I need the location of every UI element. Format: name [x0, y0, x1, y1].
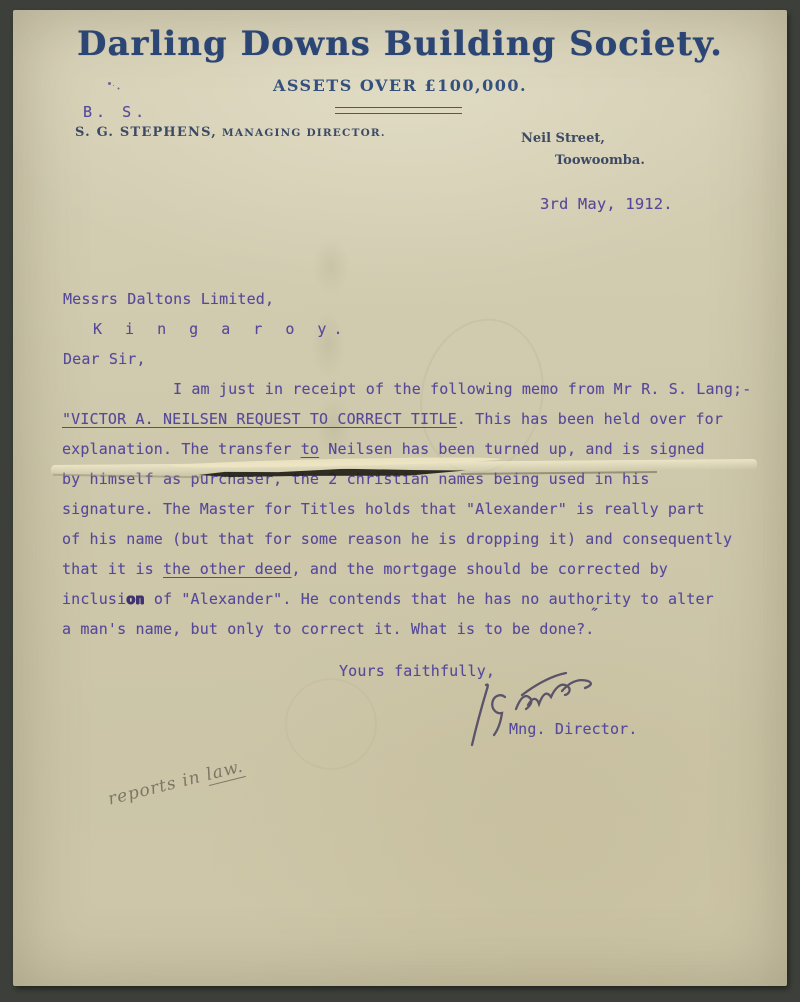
address-street: Neil Street, — [521, 131, 605, 146]
pencil-annotation-text: reports in — [106, 766, 209, 810]
recipient-place: K i n g a r o y. — [93, 320, 350, 338]
letter-body-line: a man's name, but only to correct it. Wh… — [62, 614, 762, 644]
scanned-letter-screenshot: { "colors": { "frame": "#3d403a", "paper… — [0, 0, 800, 1002]
assets-line: ASSETS OVER £100,000. — [13, 76, 787, 95]
recipient-name: Messrs Daltons Limited, — [63, 290, 274, 308]
letter-date: 3rd May, 1912. — [540, 195, 673, 213]
managing-director-line: S. G. STEPHENS, Managing Director. — [75, 121, 386, 140]
society-name-heading: Darling Downs Building Society. — [13, 24, 787, 64]
letter-intro-line: I am just in receipt of the following me… — [173, 380, 751, 398]
double-rule-divider — [335, 107, 462, 114]
pencil-annotation: reports in law. — [106, 734, 334, 809]
manager-title: Managing Director. — [222, 127, 386, 139]
letter-body-line: of his name (but that for some reason he… — [62, 524, 762, 554]
address-town: Toowoomba. — [555, 153, 645, 168]
letter-body-line: signature. The Master for Titles holds t… — [62, 494, 762, 524]
manager-name: S. G. STEPHENS, — [75, 125, 217, 140]
letter-body: "VICTOR A. NEILSEN REQUEST TO CORRECT TI… — [62, 404, 762, 644]
salutation: Dear Sir, — [63, 350, 146, 368]
letter-body-line: "VICTOR A. NEILSEN REQUEST TO CORRECT TI… — [62, 404, 762, 434]
letter-body-line: inclusion of "Alexander". He contends th… — [62, 584, 762, 614]
signoff-title: Mng. Director. — [509, 720, 638, 738]
pencil-annotation-underlined: law. — [204, 757, 245, 786]
reference-initials: B. S. — [83, 103, 148, 121]
letter-paper: Darling Downs Building Society. ASSETS O… — [13, 10, 787, 986]
letter-body-line: that it is the other deed, and the mortg… — [62, 554, 762, 584]
